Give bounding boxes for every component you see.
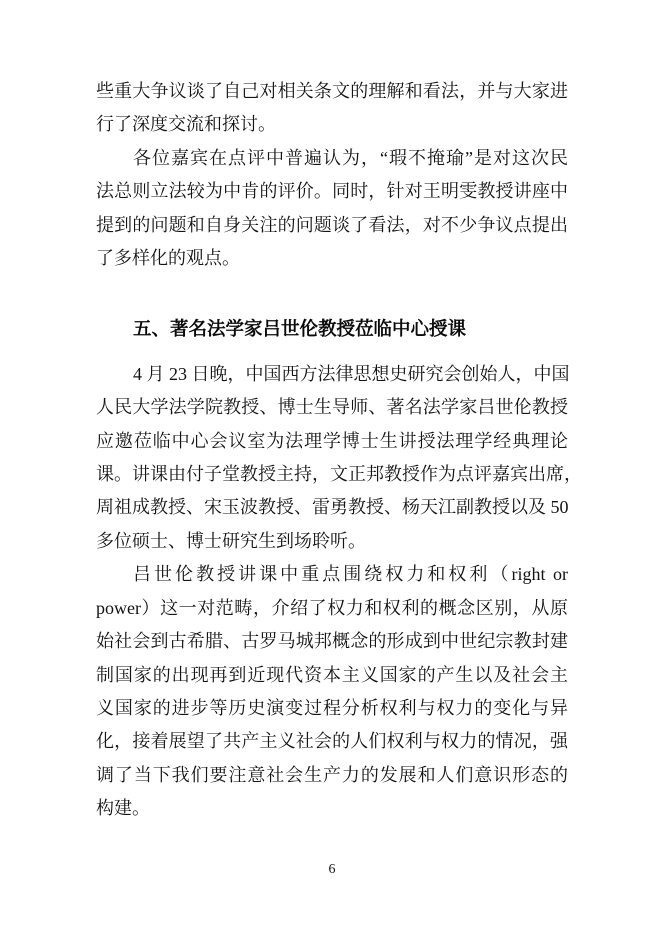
text-line: 法总则立法较为中肯的评价。同时，针对王明雯教授讲座中 [96,175,568,208]
paragraph-lecture-intro: 4 月 23 日晚，中国西方法律思想史研究会创始人，中国 人民大学法学院教授、博… [96,358,568,558]
text-line: 构建。 [96,792,568,825]
text-line: 周祖成教授、宋玉波教授、雷勇教授、杨天江副教授以及 50 [96,491,568,524]
text-line: 4 月 23 日晚，中国西方法律思想史研究会创始人，中国 [96,358,568,391]
text-line: 制国家的出现再到近现代资本主义国家的产生以及社会主 [96,659,568,692]
text-line: 义国家的进步等历史演变过程分析权利与权力的变化与异 [96,692,568,725]
paragraph-guest-comments: 各位嘉宾在点评中普遍认为，“瑕不掩瑜”是对这次民 法总则立法较为中肯的评价。同时… [96,142,568,276]
text-line: 了多样化的观点。 [96,242,568,275]
text-line: 提到的问题和自身关注的问题谈了看法，对不少争议点提出 [96,209,568,242]
paragraph-lecture-content: 吕世伦教授讲课中重点围绕权力和权利（right or power）这一对范畴，介… [96,558,568,825]
text-line: 吕世伦教授讲课中重点围绕权力和权利（right or [96,558,568,591]
text-line: 行了深度交流和探讨。 [96,108,568,141]
text-line: 各位嘉宾在点评中普遍认为，“瑕不掩瑜”是对这次民 [96,142,568,175]
text-line: 始社会到古希腊、古罗马城邦概念的形成到中世纪宗教封建 [96,625,568,658]
text-line: 应邀莅临中心会议室为法理学博士生讲授法理学经典理论 [96,425,568,458]
page-content: 些重大争议谈了自己对相关条文的理解和看法，并与大家进 行了深度交流和探讨。 各位… [0,0,664,880]
text-line: power）这一对范畴，介绍了权力和权利的概念区别，从原 [96,592,568,625]
text-line: 人民大学法学院教授、博士生导师、著名法学家吕世伦教授 [96,391,568,424]
text-line: 化，接着展望了共产主义社会的人们权利与权力的情况，强 [96,725,568,758]
paragraph-continuation: 些重大争议谈了自己对相关条文的理解和看法，并与大家进 行了深度交流和探讨。 [96,75,568,142]
page-number: 6 [329,860,336,880]
section-heading: 五、著名法学家吕世伦教授莅临中心授课 [96,312,568,345]
document-page: 些重大争议谈了自己对相关条文的理解和看法，并与大家进 行了深度交流和探讨。 各位… [0,0,664,943]
text-line: 多位硕士、博士研究生到场聆听。 [96,525,568,558]
page-footer: 6 [96,860,568,880]
text-line: 调了当下我们要注意社会生产力的发展和人们意识形态的 [96,759,568,792]
text-line: 课。讲课由付子堂教授主持，文正邦教授作为点评嘉宾出席， [96,458,568,491]
text-line: 些重大争议谈了自己对相关条文的理解和看法，并与大家进 [96,75,568,108]
